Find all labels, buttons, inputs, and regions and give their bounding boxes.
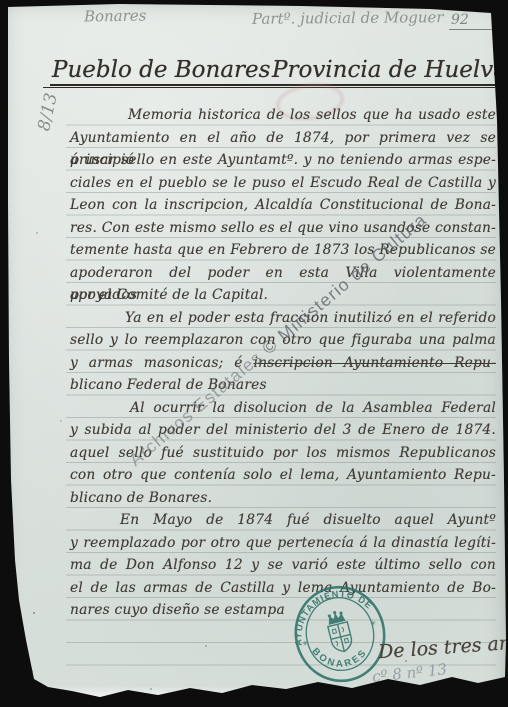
manuscript-line: Ayuntamiento en el año de 1874, por prim… — [70, 127, 496, 150]
manuscript-line: á usar sello en este Ayuntamtº. y no ten… — [70, 149, 496, 172]
stamp-right-mark: ✳ — [370, 619, 378, 628]
annotation-judicial-district: Partº. judicial de Moguer — [252, 8, 444, 28]
margin-reference-number: 8/13 — [32, 80, 64, 145]
manuscript-line: ma de Don Alfonso 12 y se varió este últ… — [70, 554, 496, 577]
folio-number: 92 — [449, 12, 495, 30]
stamp-shield-icon — [328, 622, 354, 654]
manuscript-line: aquel sello fué sustituido por los mismo… — [70, 442, 496, 465]
stamp-left-mark: ✳ — [301, 639, 309, 648]
manuscript-line: y reemplazado por otro que pertenecía á … — [70, 532, 496, 555]
manuscript-line: ciales en el pueblo se le puso el Escudo… — [70, 172, 496, 195]
manuscript-line: apoderaron del poder en esta Villa viole… — [70, 262, 496, 285]
manuscript-line: res. Con este mismo sello es el que vino… — [70, 217, 496, 240]
document-paper: Bonares Partº. judicial de Moguer 92 8/1… — [0, 0, 508, 707]
header-town: Pueblo de Bonares — [50, 57, 276, 86]
manuscript-line: sello y lo reemplazaron con otro que fig… — [70, 329, 496, 352]
paper-specks — [0, 0, 2, 2]
manuscript-line: Al ocurrir la disolucion de la Asamblea … — [130, 397, 496, 420]
manuscript-line: Leon con la inscripcion, Alcaldía Consti… — [70, 194, 496, 217]
header-town-text: Pueblo de Bonares — [50, 57, 276, 86]
line-text: y armas masonicas; é — [70, 355, 253, 371]
header-province-text: Provincia de Huelva — [270, 57, 508, 86]
scan-background: Bonares Partº. judicial de Moguer 92 8/1… — [0, 0, 508, 707]
manuscript-line: Memoria historica de los sellos que ha u… — [128, 104, 496, 127]
stamp-arc-top-text: AYUNTAMIENTO DE — [283, 580, 381, 647]
manuscript-line: con otro que contenía solo el lema, Ayun… — [70, 464, 496, 487]
manuscript-line: En Mayo de 1874 fué disuelto aquel Ayunt… — [120, 509, 496, 532]
manuscript-line: por el Comité de la Capital. — [70, 284, 496, 307]
struck-text: inscripcion Ayuntamiento Repu- — [253, 355, 496, 371]
manuscript-body: Memoria historica de los sellos que ha u… — [70, 104, 496, 622]
manuscript-line: y subida al poder del ministerio del 3 d… — [70, 419, 496, 442]
stamp-crown-icon — [327, 610, 345, 625]
annotation-town-name: Bonares — [84, 6, 147, 25]
manuscript-line: temente hasta que en Febrero de 1873 los… — [70, 239, 496, 262]
header-province: Provincia de Huelva — [270, 57, 508, 86]
manuscript-line: blicano de Bonares. — [70, 487, 496, 510]
manuscript-line: blicano Federal de Bonares — [70, 374, 496, 397]
manuscript-line: y armas masonicas; é inscripcion Ayuntam… — [70, 352, 496, 375]
manuscript-line: Ya en el poder esta fraccion inutilizó e… — [125, 307, 496, 330]
